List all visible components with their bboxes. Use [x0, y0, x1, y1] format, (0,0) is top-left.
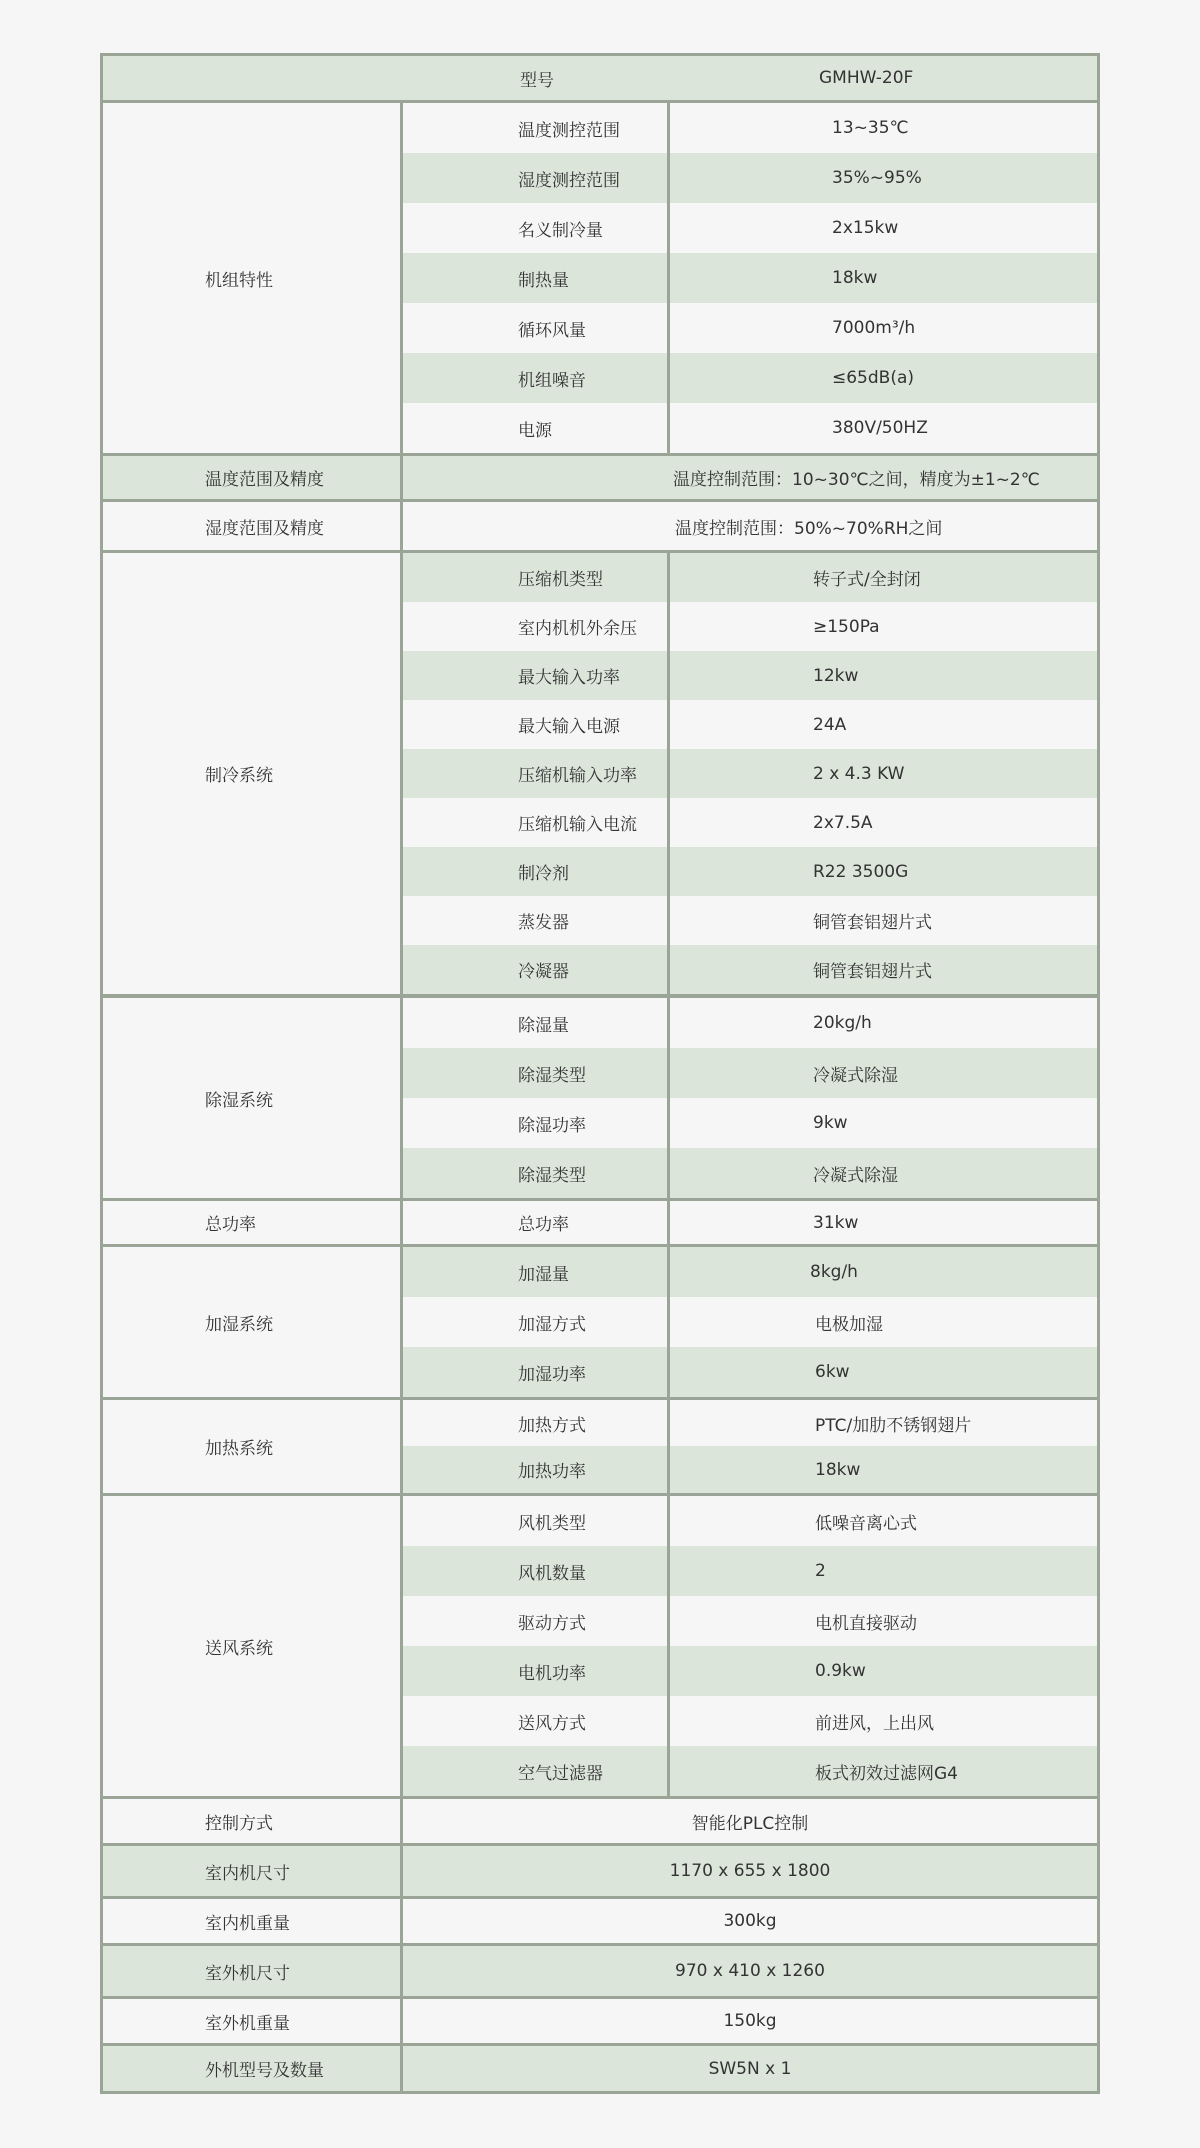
row-value: 转子式/全封闭	[670, 553, 1097, 602]
table-row: 除湿类型 冷凝式除湿	[403, 1048, 1097, 1098]
table-row: 最大输入功率 12kw	[403, 651, 1097, 700]
table-row: 风机数量 2	[403, 1546, 1097, 1596]
row-label: 加热方式	[403, 1400, 667, 1446]
row-value: SW5N x 1	[403, 2046, 1097, 2091]
row-label: 空气过滤器	[403, 1746, 667, 1796]
row-value: 温度控制范围：10~30℃之间，精度为±1~2℃	[403, 456, 1097, 499]
row-value: 电机直接驱动	[670, 1596, 1097, 1646]
table-row: 机组噪音 ≤65dB(a)	[403, 353, 1097, 403]
row-value: 970 x 410 x 1260	[403, 1946, 1097, 1996]
row-label: 名义制冷量	[403, 203, 667, 253]
table-row: 压缩机类型 转子式/全封闭	[403, 553, 1097, 602]
table-row: 压缩机输入功率 2 x 4.3 KW	[403, 749, 1097, 798]
table-row: 室内机机外余压 ≥150Pa	[403, 602, 1097, 651]
row-value: 2x7.5A	[670, 798, 1097, 847]
row-label: 温度测控范围	[403, 103, 667, 153]
humidity-range-row: 湿度范围及精度 温度控制范围：50%~70%RH之间	[103, 502, 1097, 550]
table-row: 室外机尺寸 970 x 410 x 1260	[103, 1946, 1097, 1996]
row-value: 300kg	[403, 1899, 1097, 1943]
table-row: 送风方式 前进风，上出风	[403, 1696, 1097, 1746]
row-label: 蒸发器	[403, 896, 667, 945]
row-label: 风机数量	[403, 1546, 667, 1596]
table-row: 空气过滤器 板式初效过滤网G4	[403, 1746, 1097, 1796]
row-value: 1170 x 655 x 1800	[403, 1846, 1097, 1896]
row-value: 前进风，上出风	[670, 1696, 1097, 1746]
row-value: 9kw	[670, 1098, 1097, 1148]
row-label: 除湿量	[403, 998, 667, 1048]
row-label: 制热量	[403, 253, 667, 303]
group-humidification: 加湿系统 加湿量 8kg/h 加湿方式 电极加湿 加湿功率 6kw	[103, 1247, 1097, 1397]
row-value: 温度控制范围：50%~70%RH之间	[403, 502, 1097, 550]
row-label: 电机功率	[403, 1646, 667, 1696]
row-title: 外机型号及数量	[103, 2046, 400, 2091]
row-value: ≥150Pa	[670, 602, 1097, 651]
row-title: 温度范围及精度	[103, 456, 400, 499]
table-row: 加热功率 18kw	[403, 1446, 1097, 1493]
row-value: 冷凝式除湿	[670, 1048, 1097, 1098]
row-value: 8kg/h	[670, 1247, 1097, 1297]
row-value: 智能化PLC控制	[403, 1799, 1097, 1843]
row-value: 35%~95%	[670, 153, 1097, 203]
row-label: 机组噪音	[403, 353, 667, 403]
row-value: ≤65dB(a)	[670, 353, 1097, 403]
row-label: 加湿功率	[403, 1347, 667, 1397]
row-label: 循环风量	[403, 303, 667, 353]
row-value: 150kg	[403, 1999, 1097, 2043]
row-value: 18kw	[670, 1446, 1097, 1493]
group-unit: 机组特性 温度测控范围 13~35℃ 湿度测控范围 35%~95% 名义制冷量 …	[103, 103, 1097, 453]
row-label: 总功率	[403, 1201, 667, 1244]
table-row: 湿度测控范围 35%~95%	[403, 153, 1097, 203]
table-row: 电机功率 0.9kw	[403, 1646, 1097, 1696]
row-label: 风机类型	[403, 1496, 667, 1546]
row-value: 0.9kw	[670, 1646, 1097, 1696]
table-row: 循环风量 7000m³/h	[403, 303, 1097, 353]
table-row: 制热量 18kw	[403, 253, 1097, 303]
group-title: 机组特性	[103, 103, 400, 453]
row-value: 24A	[670, 700, 1097, 749]
group-title: 送风系统	[103, 1496, 400, 1796]
row-label: 加湿量	[403, 1247, 667, 1297]
row-label: 除湿类型	[403, 1148, 667, 1198]
table-row: 除湿功率 9kw	[403, 1098, 1097, 1148]
row-value: 380V/50HZ	[670, 403, 1097, 453]
row-value: 2x15kw	[670, 203, 1097, 253]
table-row: 室内机尺寸 1170 x 655 x 1800	[103, 1846, 1097, 1896]
row-label: 驱动方式	[403, 1596, 667, 1646]
row-value: 电极加湿	[670, 1297, 1097, 1347]
row-label: 压缩机类型	[403, 553, 667, 602]
table-row: 名义制冷量 2x15kw	[403, 203, 1097, 253]
row-value: 6kw	[670, 1347, 1097, 1397]
row-label: 压缩机输入功率	[403, 749, 667, 798]
table-row: 加湿方式 电极加湿	[403, 1297, 1097, 1347]
table-row: 制冷剂 R22 3500G	[403, 847, 1097, 896]
row-value: 31kw	[670, 1201, 1097, 1244]
table-row: 压缩机输入电流 2x7.5A	[403, 798, 1097, 847]
row-label: 送风方式	[403, 1696, 667, 1746]
group-air-supply: 送风系统 风机类型 低噪音离心式 风机数量 2 驱动方式 电机直接驱动 电机功率…	[103, 1496, 1097, 1796]
row-label: 除湿类型	[403, 1048, 667, 1098]
row-value: 低噪音离心式	[670, 1496, 1097, 1546]
table-row: 控制方式 智能化PLC控制	[103, 1799, 1097, 1843]
header-row: 型号 GMHW-20F	[103, 56, 1097, 100]
row-title: 控制方式	[103, 1799, 400, 1843]
table-row: 加湿量 8kg/h	[403, 1247, 1097, 1297]
row-value: 20kg/h	[670, 998, 1097, 1048]
group-cooling: 制冷系统 压缩机类型 转子式/全封闭 室内机机外余压 ≥150Pa 最大输入功率…	[103, 553, 1097, 995]
group-title: 加热系统	[103, 1400, 400, 1493]
row-title: 室内机重量	[103, 1899, 400, 1943]
table-row: 室内机重量 300kg	[103, 1899, 1097, 1943]
row-label: 室内机机外余压	[403, 602, 667, 651]
group-heating: 加热系统 加热方式 PTC/加肋不锈钢翅片 加热功率 18kw	[103, 1400, 1097, 1493]
table-row: 外机型号及数量 SW5N x 1	[103, 2046, 1097, 2091]
table-row: 风机类型 低噪音离心式	[403, 1496, 1097, 1546]
table-row: 温度测控范围 13~35℃	[403, 103, 1097, 153]
row-value: 2 x 4.3 KW	[670, 749, 1097, 798]
header-value: GMHW-20F	[667, 56, 1097, 100]
row-title: 室外机尺寸	[103, 1946, 400, 1996]
group-title: 除湿系统	[103, 998, 400, 1198]
table-row: 驱动方式 电机直接驱动	[403, 1596, 1097, 1646]
row-label: 加湿方式	[403, 1297, 667, 1347]
row-value: PTC/加肋不锈钢翅片	[670, 1400, 1097, 1446]
row-label: 压缩机输入电流	[403, 798, 667, 847]
table-row: 除湿量 20kg/h	[403, 998, 1097, 1048]
table-row: 室外机重量 150kg	[103, 1999, 1097, 2043]
row-value: 18kw	[670, 253, 1097, 303]
row-title: 室内机尺寸	[103, 1846, 400, 1896]
row-title: 总功率	[103, 1201, 400, 1244]
group-title: 加湿系统	[103, 1247, 400, 1397]
table-row: 加湿功率 6kw	[403, 1347, 1097, 1397]
row-value: 铜管套铝翅片式	[670, 896, 1097, 945]
header-label: 型号	[103, 56, 667, 100]
row-title: 湿度范围及精度	[103, 502, 400, 550]
row-label: 最大输入功率	[403, 651, 667, 700]
row-label: 加热功率	[403, 1446, 667, 1493]
table-row: 电源 380V/50HZ	[403, 403, 1097, 453]
row-label: 电源	[403, 403, 667, 453]
row-value: 7000m³/h	[670, 303, 1097, 353]
row-title: 室外机重量	[103, 1999, 400, 2043]
total-power-row: 总功率 总功率 31kw	[103, 1201, 1097, 1244]
table-row: 除湿类型 冷凝式除湿	[403, 1148, 1097, 1198]
row-value: 12kw	[670, 651, 1097, 700]
table-row: 冷凝器 铜管套铝翅片式	[403, 945, 1097, 994]
row-label: 制冷剂	[403, 847, 667, 896]
row-value: 2	[670, 1546, 1097, 1596]
row-value: 铜管套铝翅片式	[670, 945, 1097, 994]
row-value: R22 3500G	[670, 847, 1097, 896]
table-row: 蒸发器 铜管套铝翅片式	[403, 896, 1097, 945]
row-value: 13~35℃	[670, 103, 1097, 153]
row-label: 湿度测控范围	[403, 153, 667, 203]
group-title: 制冷系统	[103, 553, 400, 994]
spec-table: 型号 GMHW-20F 机组特性 温度测控范围 13~35℃ 湿度测控范围 35…	[100, 53, 1100, 2094]
group-dehumidification: 除湿系统 除湿量 20kg/h 除湿类型 冷凝式除湿 除湿功率 9kw 除湿类型…	[103, 998, 1097, 1198]
table-row: 加热方式 PTC/加肋不锈钢翅片	[403, 1400, 1097, 1446]
row-label: 除湿功率	[403, 1098, 667, 1148]
temp-range-row: 温度范围及精度 温度控制范围：10~30℃之间，精度为±1~2℃	[103, 456, 1097, 499]
row-label: 冷凝器	[403, 945, 667, 994]
table-row: 最大输入电源 24A	[403, 700, 1097, 749]
row-value: 冷凝式除湿	[670, 1148, 1097, 1198]
row-label: 最大输入电源	[403, 700, 667, 749]
row-value: 板式初效过滤网G4	[670, 1746, 1097, 1796]
